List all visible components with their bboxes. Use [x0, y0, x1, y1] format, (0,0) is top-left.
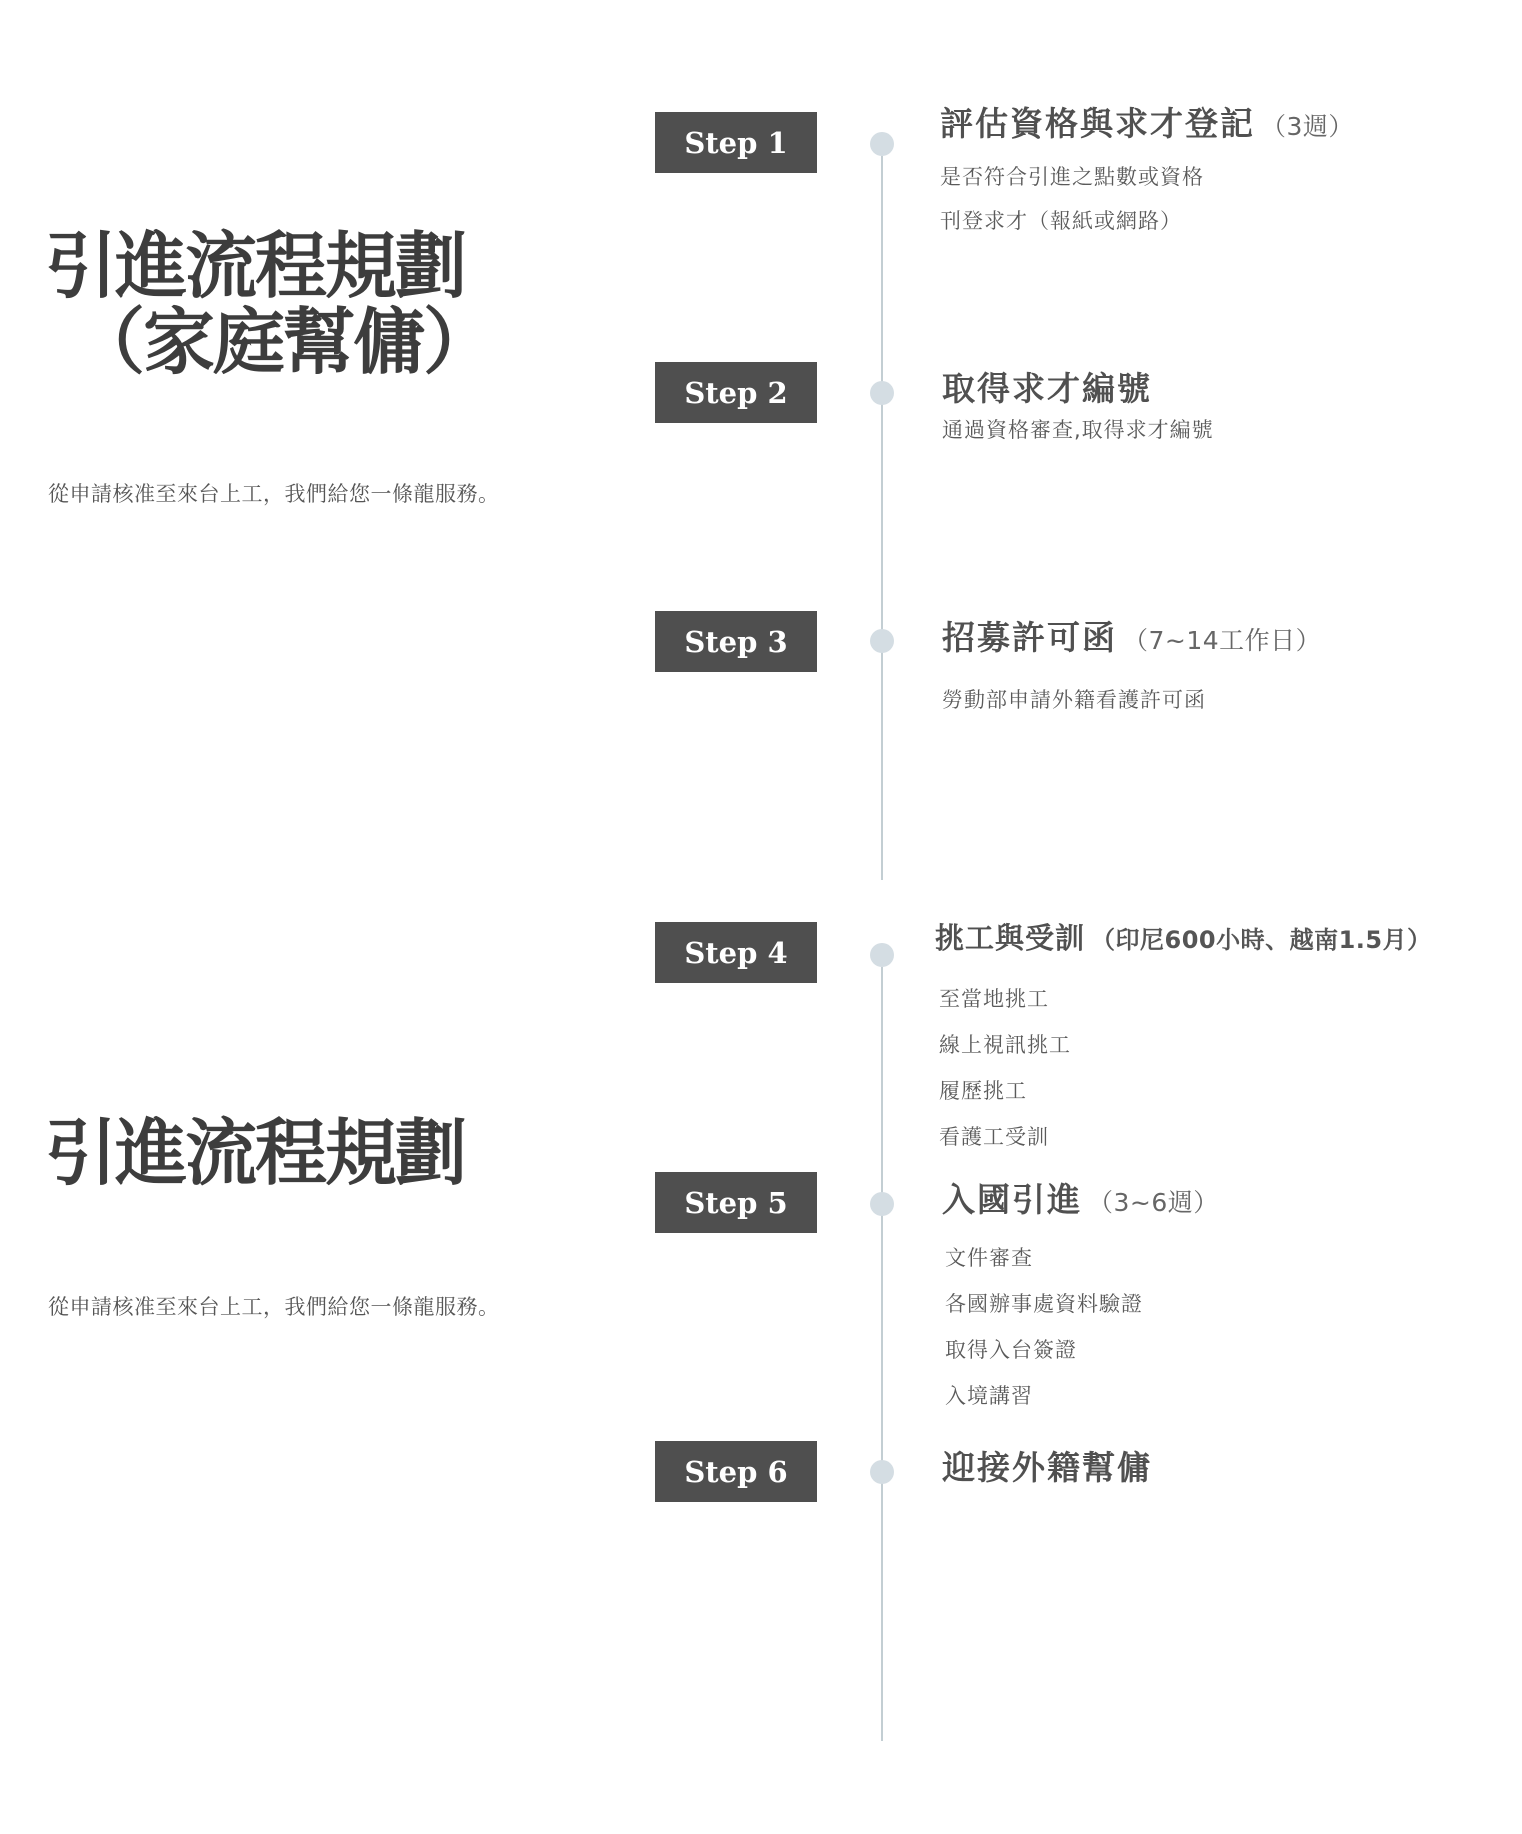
intro-subtitle: 從申請核准至來台上工，我們給您一條龍服務。 [48, 478, 500, 508]
step-heading: 招募許可函（7~14工作日） [942, 618, 1321, 661]
timeline-dot [870, 943, 894, 967]
timeline-line [881, 967, 883, 1741]
step-duration: （3週） [1261, 112, 1354, 141]
step-duration: （3~6週） [1088, 1188, 1219, 1217]
step-6-badge[interactable]: Step 6 [655, 1441, 817, 1502]
step-title: 取得求才編號 [942, 369, 1152, 408]
intro-subtitle: 從申請核准至來台上工，我們給您一條龍服務。 [48, 1291, 500, 1321]
step-item: 看護工受訓 [939, 1114, 1432, 1160]
step-4-badge[interactable]: Step 4 [655, 922, 817, 983]
step-item: 各國辦事處資料驗證 [945, 1281, 1219, 1327]
step-item: 入境講習 [945, 1373, 1219, 1419]
step-item: 至當地挑工 [939, 976, 1432, 1022]
step-items: 勞動部申請外籍看護許可函 [942, 683, 1321, 717]
timeline-dot [870, 629, 894, 653]
step-6-content: 迎接外籍幫傭 [942, 1448, 1152, 1488]
step-item: 履歷挑工 [939, 1068, 1432, 1114]
step-items: 文件審查 各國辦事處資料驗證 取得入台簽證 入境講習 [942, 1235, 1219, 1419]
step-heading: 迎接外籍幫傭 [942, 1448, 1152, 1488]
step-2-content: 取得求才編號 通過資格審查,取得求才編號 [942, 369, 1214, 447]
step-duration: （7~14工作日） [1123, 626, 1321, 655]
step-2-badge[interactable]: Step 2 [655, 362, 817, 423]
step-items: 通過資格審查,取得求才編號 [942, 413, 1214, 447]
timeline-dot [870, 381, 894, 405]
step-heading: 評估資格與求才登記（3週） [940, 104, 1354, 147]
timeline-line [881, 156, 883, 880]
timeline-dot [870, 1192, 894, 1216]
step-item: 文件審查 [945, 1235, 1219, 1281]
step-heading: 入國引進（3~6週） [942, 1180, 1219, 1223]
page-title-process: 引進流程規劃 [45, 1115, 465, 1191]
step-item: 勞動部申請外籍看護許可函 [942, 683, 1321, 717]
timeline-dot [870, 132, 894, 156]
step-item: 刊登求才（報紙或網路） [940, 199, 1354, 243]
title-line-1: 引進流程規劃 [45, 1111, 465, 1195]
timeline-dot [870, 1460, 894, 1484]
step-title: 入國引進 [942, 1180, 1082, 1219]
step-title: 評估資格與求才登記 [940, 104, 1255, 143]
step-5-content: 入國引進（3~6週） 文件審查 各國辦事處資料驗證 取得入台簽證 入境講習 [942, 1180, 1219, 1419]
step-items: 至當地挑工 線上視訊挑工 履歷挑工 看護工受訓 [935, 976, 1432, 1160]
step-item: 線上視訊挑工 [939, 1022, 1432, 1068]
step-heading: 挑工與受訓（印尼600小時、越南1.5月） [935, 918, 1432, 960]
step-title: 招募許可函 [942, 618, 1117, 657]
step-title: 迎接外籍幫傭 [942, 1448, 1152, 1487]
step-3-badge[interactable]: Step 3 [655, 611, 817, 672]
step-1-badge[interactable]: Step 1 [655, 112, 817, 173]
step-4-content: 挑工與受訓（印尼600小時、越南1.5月） 至當地挑工 線上視訊挑工 履歷挑工 … [935, 918, 1432, 1160]
page-title-household-helper: 引進流程規劃 （家庭幫傭） [45, 228, 493, 380]
step-items: 是否符合引進之點數或資格 刊登求才（報紙或網路） [940, 155, 1354, 243]
step-5-badge[interactable]: Step 5 [655, 1172, 817, 1233]
step-1-content: 評估資格與求才登記（3週） 是否符合引進之點數或資格 刊登求才（報紙或網路） [940, 104, 1354, 243]
step-item: 取得入台簽證 [945, 1327, 1219, 1373]
step-duration: （印尼600小時、越南1.5月） [1091, 926, 1432, 954]
step-title: 挑工與受訓 [935, 921, 1085, 955]
step-heading: 取得求才編號 [942, 369, 1214, 409]
step-item: 通過資格審查,取得求才編號 [942, 413, 1214, 447]
step-3-content: 招募許可函（7~14工作日） 勞動部申請外籍看護許可函 [942, 618, 1321, 717]
title-line-1: 引進流程規劃 [45, 224, 465, 308]
step-item: 是否符合引進之點數或資格 [940, 155, 1354, 199]
title-line-2: （家庭幫傭） [45, 304, 493, 380]
